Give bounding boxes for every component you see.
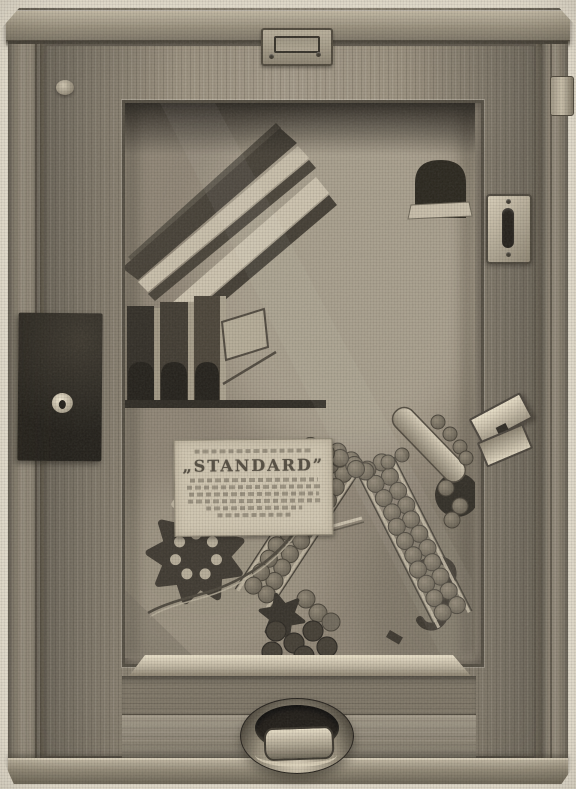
label-fine-print bbox=[188, 498, 320, 503]
screw-icon bbox=[506, 199, 511, 204]
escutcheon-slot bbox=[502, 208, 514, 248]
payout-cup bbox=[240, 698, 354, 774]
playfield-graphic bbox=[125, 103, 475, 658]
screw-icon bbox=[316, 52, 321, 57]
label-fine-print bbox=[206, 505, 302, 510]
glass-door: „STANDARD” bbox=[44, 44, 536, 758]
hinge bbox=[550, 76, 574, 116]
instruction-label: „STANDARD” bbox=[173, 438, 333, 537]
window-sill-ledge bbox=[124, 655, 474, 678]
screw-icon bbox=[506, 252, 511, 257]
latch-bracket bbox=[470, 392, 532, 472]
label-fine-print bbox=[217, 513, 291, 518]
cabinet: „STANDARD” bbox=[8, 8, 568, 782]
photograph: „STANDARD” bbox=[0, 0, 576, 789]
label-fine-print bbox=[189, 491, 319, 496]
label-fine-print bbox=[186, 484, 320, 489]
lock-plate bbox=[17, 313, 102, 462]
cabinet-right-stile bbox=[542, 44, 568, 782]
payout-cup-rim bbox=[255, 743, 337, 767]
label-fine-print bbox=[189, 477, 317, 482]
screw-icon bbox=[269, 54, 274, 59]
screw-knob bbox=[56, 80, 74, 95]
glass-window bbox=[122, 100, 484, 667]
key-escutcheon bbox=[486, 194, 532, 264]
coin-slot-opening bbox=[274, 36, 320, 53]
label-title: „STANDARD” bbox=[175, 455, 332, 476]
coin-slot bbox=[261, 28, 333, 66]
right-door-gap bbox=[536, 44, 542, 766]
keyhole bbox=[52, 393, 73, 413]
label-fine-print bbox=[194, 448, 312, 453]
